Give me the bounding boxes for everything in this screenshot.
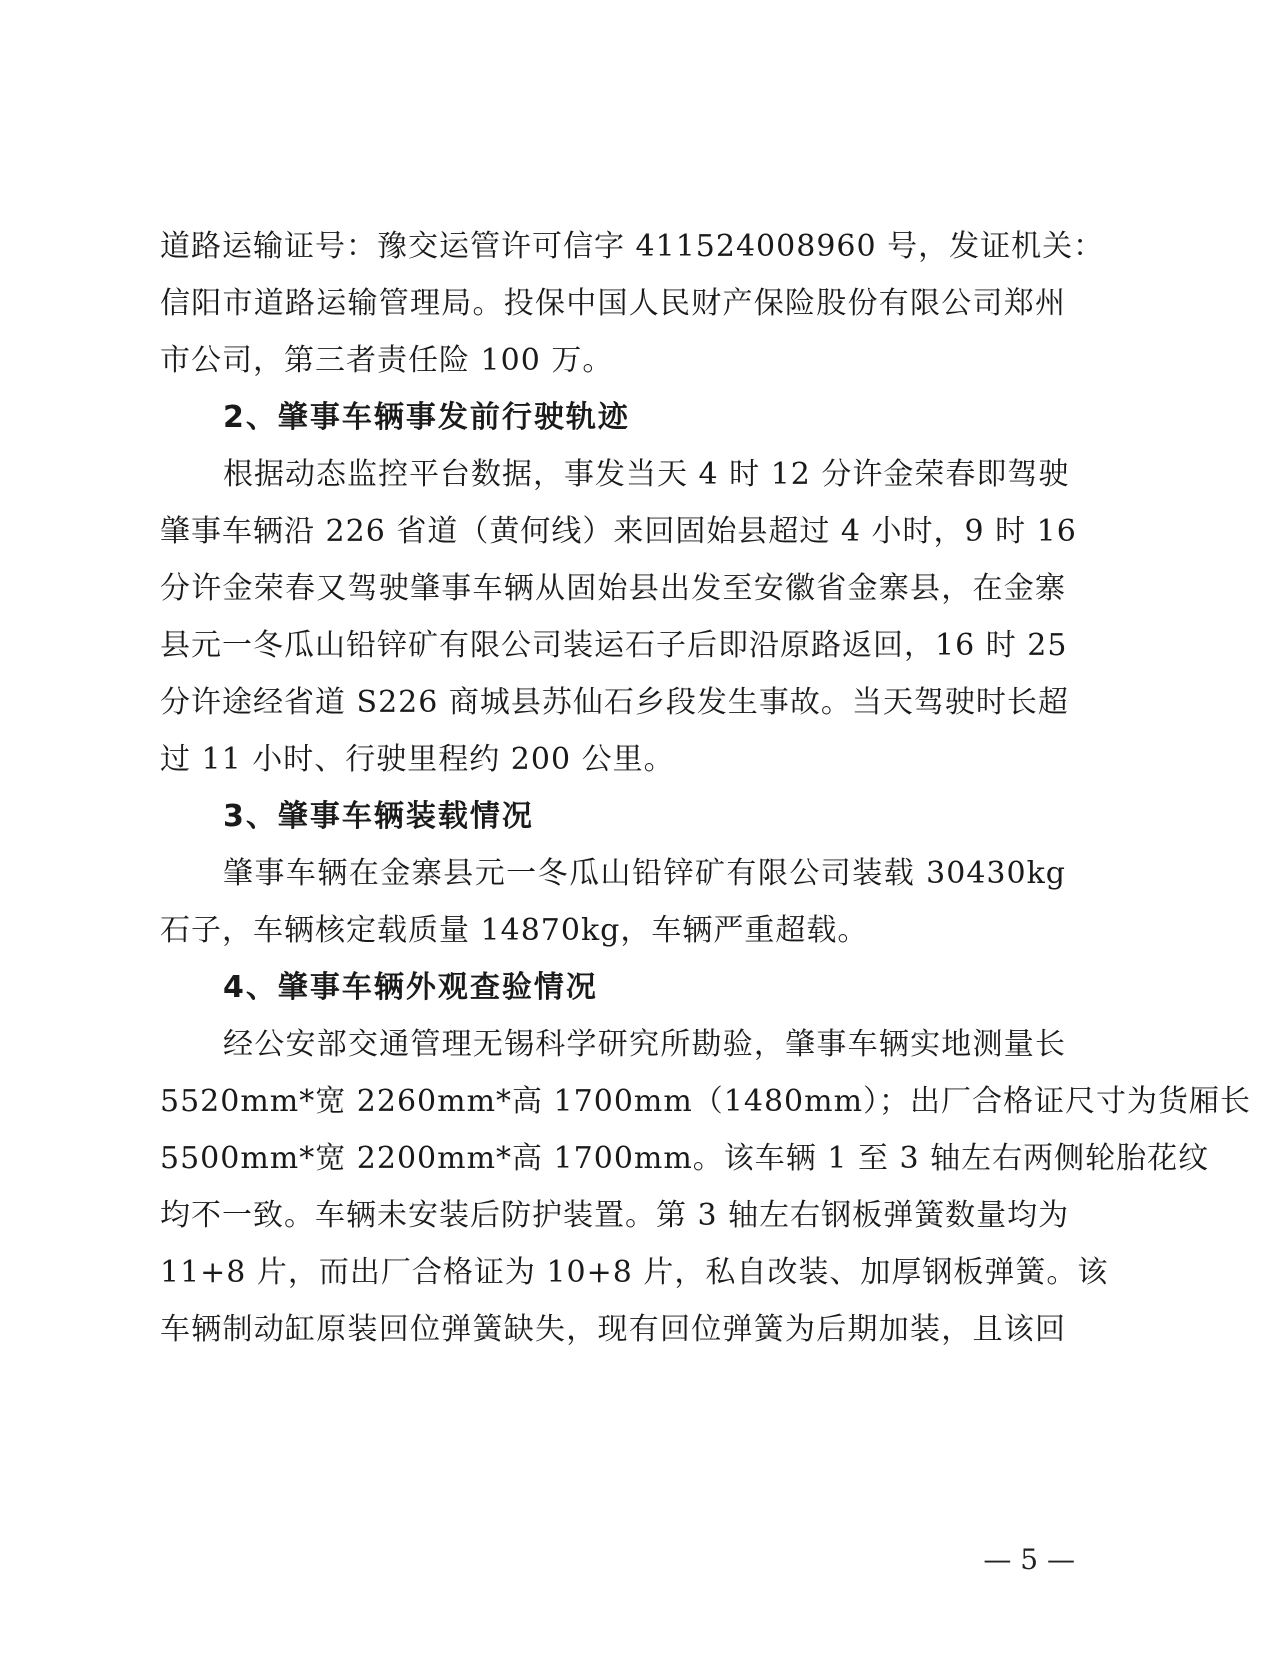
document-page: 道路运输证号：豫交运管许可信字 411524008960 号，发证机关： 信阳市… — [160, 218, 1066, 1358]
paragraph-inspection: 经公安部交通管理无锡科学研究所勘验，肇事车辆实地测量长 5520mm*宽 226… — [160, 1016, 1066, 1358]
section-heading-3: 3、肇事车辆装载情况 — [160, 788, 1066, 845]
text-line: 信阳市道路运输管理局。投保中国人民财产保险股份有限公司郑州 — [160, 275, 1066, 332]
text-line: 均不一致。车辆未安装后防护装置。第 3 轴左右钢板弹簧数量均为 — [160, 1187, 1066, 1244]
section-heading-4: 4、肇事车辆外观查验情况 — [160, 959, 1066, 1016]
text-line: 5520mm*宽 2260mm*高 1700mm（1480mm）；出厂合格证尺寸… — [160, 1073, 1066, 1130]
text-line: 道路运输证号：豫交运管许可信字 411524008960 号，发证机关： — [160, 218, 1066, 275]
text-line: 石子，车辆核定载质量 14870kg，车辆严重超载。 — [160, 902, 1066, 959]
text-line: 市公司，第三者责任险 100 万。 — [160, 332, 1066, 389]
text-line: 分许途经省道 S226 商城县苏仙石乡段发生事故。当天驾驶时长超 — [160, 674, 1066, 731]
paragraph-license-insurance: 道路运输证号：豫交运管许可信字 411524008960 号，发证机关： 信阳市… — [160, 218, 1066, 389]
text-line: 经公安部交通管理无锡科学研究所勘验，肇事车辆实地测量长 — [160, 1016, 1066, 1073]
text-line: 肇事车辆在金寨县元一冬瓜山铅锌矿有限公司装载 30430kg — [160, 845, 1066, 902]
text-line: 11+8 片，而出厂合格证为 10+8 片，私自改装、加厚钢板弹簧。该 — [160, 1244, 1066, 1301]
text-line: 过 11 小时、行驶里程约 200 公里。 — [160, 731, 1066, 788]
paragraph-loading: 肇事车辆在金寨县元一冬瓜山铅锌矿有限公司装载 30430kg 石子，车辆核定载质… — [160, 845, 1066, 959]
text-line: 县元一冬瓜山铅锌矿有限公司装运石子后即沿原路返回，16 时 25 — [160, 617, 1066, 674]
paragraph-trajectory: 根据动态监控平台数据，事发当天 4 时 12 分许金荣春即驾驶 肇事车辆沿 22… — [160, 446, 1066, 788]
text-line: 车辆制动缸原装回位弹簧缺失，现有回位弹簧为后期加装，且该回 — [160, 1301, 1066, 1358]
text-line: 5500mm*宽 2200mm*高 1700mm。该车辆 1 至 3 轴左右两侧… — [160, 1130, 1066, 1187]
section-heading-2: 2、肇事车辆事发前行驶轨迹 — [160, 389, 1066, 446]
text-line: 分许金荣春又驾驶肇事车辆从固始县出发至安徽省金寨县，在金寨 — [160, 560, 1066, 617]
page-number: — 5 — — [975, 1540, 1075, 1580]
text-line: 根据动态监控平台数据，事发当天 4 时 12 分许金荣春即驾驶 — [160, 446, 1066, 503]
text-line: 肇事车辆沿 226 省道（黄何线）来回固始县超过 4 小时，9 时 16 — [160, 503, 1066, 560]
